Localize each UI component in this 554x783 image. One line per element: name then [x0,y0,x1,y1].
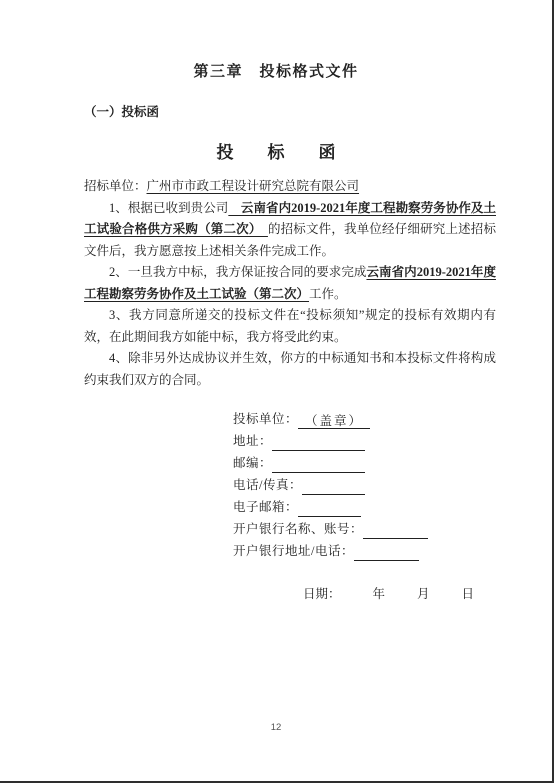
letter-body: 招标单位：广州市市政工程设计研究总院有限公司 1、根据已收到贵公司 云南省内20… [84,176,496,391]
document-page: 第三章 投标格式文件 （一）投标函 投 标 函 招标单位：广州市市政工程设计研究… [0,0,554,783]
form-field-blank-line [298,499,361,517]
form-field-blank-line [302,477,365,495]
form-field-blank-line [354,543,419,561]
form-field-blank-line [272,455,365,473]
date-day-label: 日 [462,587,475,601]
letter-title: 投 标 函 [0,143,552,162]
form-field-blank-line: （盖章） [298,411,370,429]
form-field-label: 电子邮箱： [233,500,298,514]
tenderee-label: 招标单位： [84,179,147,193]
form-row: 邮编： [233,453,552,475]
form-row: 投标单位：（盖章） [233,409,552,431]
page-number: 12 [0,722,552,733]
signature-form: 投标单位：（盖章）地址：邮编：电话/传真：电子邮箱：开户银行名称、账号：开户银行… [233,409,552,563]
form-field-blank-line [272,433,365,451]
form-field-label: 投标单位： [233,412,298,426]
chapter-title: 第三章 投标格式文件 [0,0,552,81]
form-row: 地址： [233,431,552,453]
paragraph-text: 工作。 [309,287,347,301]
form-row: 电子邮箱： [233,497,552,519]
form-field-label: 邮编： [233,456,272,470]
tenderee-name: 广州市市政工程设计研究总院有限公司 [147,179,360,193]
section-heading: （一）投标函 [84,105,552,119]
paragraph-text: 4、除非另外达成协议并生效，你方的中标通知书和本投标文件将构成约束我们双方的合同… [84,351,496,387]
form-field-label: 开户银行地址/电话： [233,544,354,558]
form-field-blank-line [363,521,428,539]
form-row: 开户银行地址/电话： [233,541,552,563]
tenderee-line: 招标单位：广州市市政工程设计研究总院有限公司 [84,176,496,198]
date-line: 日期：年月日 [303,587,552,601]
form-field-label: 开户银行名称、账号： [233,522,363,536]
date-label: 日期： [303,587,341,601]
paragraph-text: 1、根据已收到贵公司 [109,201,228,215]
form-field-label: 地址： [233,434,272,448]
paragraph-text: 2、一旦我方中标，我方保证按合同的要求完成 [109,265,366,279]
date-month-label: 月 [417,587,430,601]
date-year-label: 年 [373,587,386,601]
paragraph: 2、一旦我方中标，我方保证按合同的要求完成云南省内2019-2021年度工程勘察… [84,262,496,305]
form-row: 电话/传真： [233,475,552,497]
form-field-label: 电话/传真： [233,478,302,492]
paragraph-text: 3、我方同意所递交的投标文件在“投标须知”规定的投标有效期内有效，在此期间我方如… [84,308,496,344]
body-paragraphs: 1、根据已收到贵公司 云南省内2019-2021年度工程勘察劳务协作及土工试验合… [84,198,496,392]
paragraph: 3、我方同意所递交的投标文件在“投标须知”规定的投标有效期内有效，在此期间我方如… [84,305,496,348]
form-row: 开户银行名称、账号： [233,519,552,541]
paragraph: 4、除非另外达成协议并生效，你方的中标通知书和本投标文件将构成约束我们双方的合同… [84,348,496,391]
paragraph: 1、根据已收到贵公司 云南省内2019-2021年度工程勘察劳务协作及土工试验合… [84,198,496,263]
